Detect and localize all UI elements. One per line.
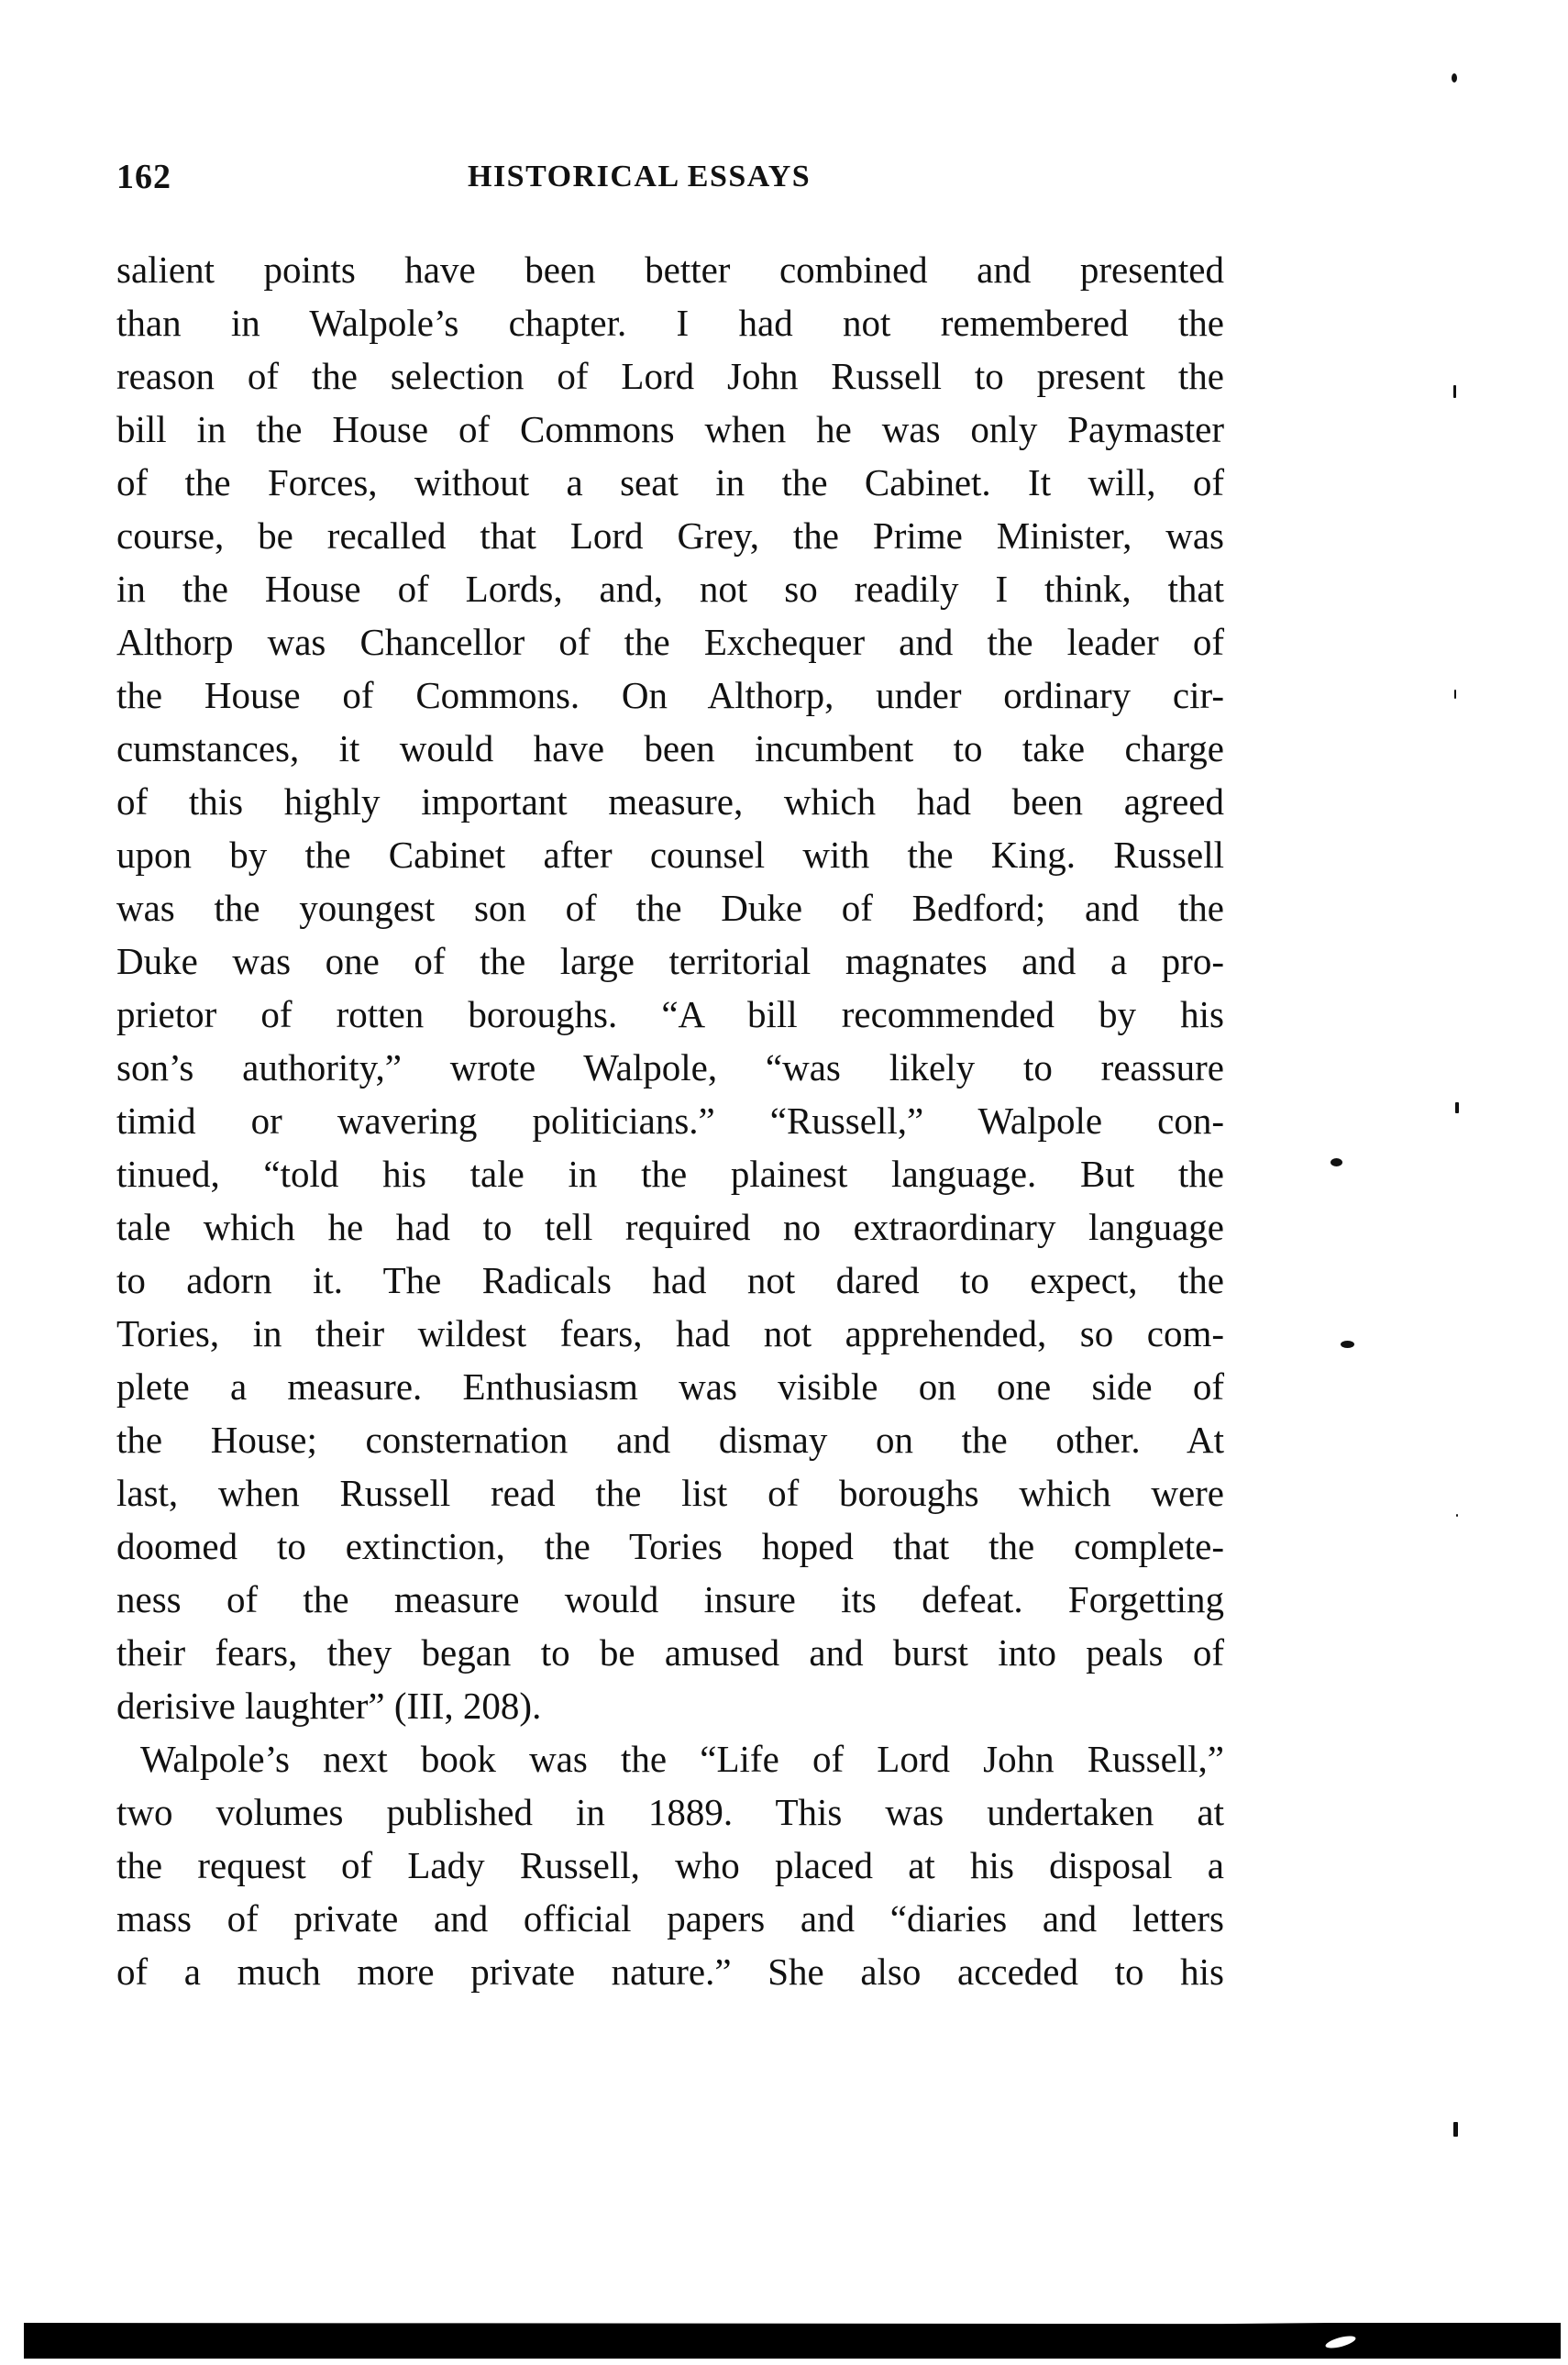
text-line: Duke was one of the large territorial ma… xyxy=(116,937,1224,990)
text-line: tale which he had to tell required no ex… xyxy=(116,1203,1224,1256)
text-line: cumstances, it would have been incumbent… xyxy=(116,724,1224,778)
text-line: derisive laughter” (III, 208). xyxy=(116,1682,1224,1735)
text-line: plete a measure. Enthusiasm was visible … xyxy=(116,1363,1224,1416)
paragraph-1: salient points have been better combined… xyxy=(116,246,1224,1735)
text-line: tinued, “told his tale in the plainest l… xyxy=(116,1150,1224,1203)
text-line: in the House of Lords, and, not so readi… xyxy=(116,565,1224,618)
text-line: salient points have been better combined… xyxy=(116,246,1224,299)
text-line: reason of the selection of Lord John Rus… xyxy=(116,352,1224,405)
text-line: was the youngest son of the Duke of Bedf… xyxy=(116,884,1224,937)
text-line: of a much more private nature.” She also… xyxy=(116,1948,1224,2001)
text-line: doomed to extinction, the Tories hoped t… xyxy=(116,1522,1224,1575)
paragraph-2: Walpole’s next book was the “Life of Lor… xyxy=(116,1735,1224,2001)
text-line: prietor of rotten boroughs. “A bill reco… xyxy=(116,990,1224,1044)
text-line: upon by the Cabinet after counsel with t… xyxy=(116,831,1224,884)
text-line: than in Walpole’s chapter. I had not rem… xyxy=(116,299,1224,352)
text-line: Althorp was Chancellor of the Exchequer … xyxy=(116,618,1224,671)
text-line: ness of the measure would insure its def… xyxy=(116,1575,1224,1629)
scan-speck xyxy=(1456,1514,1458,1517)
text-line: two volumes published in 1889. This was … xyxy=(116,1788,1224,1841)
text-line: the House of Commons. On Althorp, under … xyxy=(116,671,1224,724)
text-line: of the Forces, without a seat in the Cab… xyxy=(116,459,1224,512)
scan-speck xyxy=(1331,1158,1342,1166)
scan-speck xyxy=(1453,2122,1458,2137)
text-line: son’s authority,” wrote Walpole, “was li… xyxy=(116,1044,1224,1097)
page-number: 162 xyxy=(116,154,171,200)
text-line: Tories, in their wildest fears, had not … xyxy=(116,1310,1224,1363)
scan-speck xyxy=(1455,1102,1459,1113)
text-line: the House; consternation and dismay on t… xyxy=(116,1416,1224,1469)
text-line: the request of Lady Russell, who placed … xyxy=(116,1841,1224,1895)
text-line: mass of private and official papers and … xyxy=(116,1895,1224,1948)
text-line: last, when Russell read the list of boro… xyxy=(116,1469,1224,1522)
running-head-title: HISTORICAL ESSAYS xyxy=(468,154,811,200)
text-line: of this highly important measure, which … xyxy=(116,778,1224,831)
scan-speck xyxy=(1453,385,1456,398)
text-line: timid or wavering politicians.” “Russell… xyxy=(116,1097,1224,1150)
page-header: 162 HISTORICAL ESSAYS xyxy=(116,154,1224,200)
text-line: to adorn it. The Radicals had not dared … xyxy=(116,1256,1224,1310)
text-line: course, be recalled that Lord Grey, the … xyxy=(116,512,1224,565)
text-line: Walpole’s next book was the “Life of Lor… xyxy=(116,1735,1224,1788)
scan-speck xyxy=(1341,1341,1354,1348)
text-line: their fears, they began to be amused and… xyxy=(116,1629,1224,1682)
text-line: bill in the House of Commons when he was… xyxy=(116,405,1224,459)
scan-speck xyxy=(1452,73,1457,83)
body-text: salient points have been better combined… xyxy=(116,246,1224,2001)
scan-speck xyxy=(1454,690,1456,699)
